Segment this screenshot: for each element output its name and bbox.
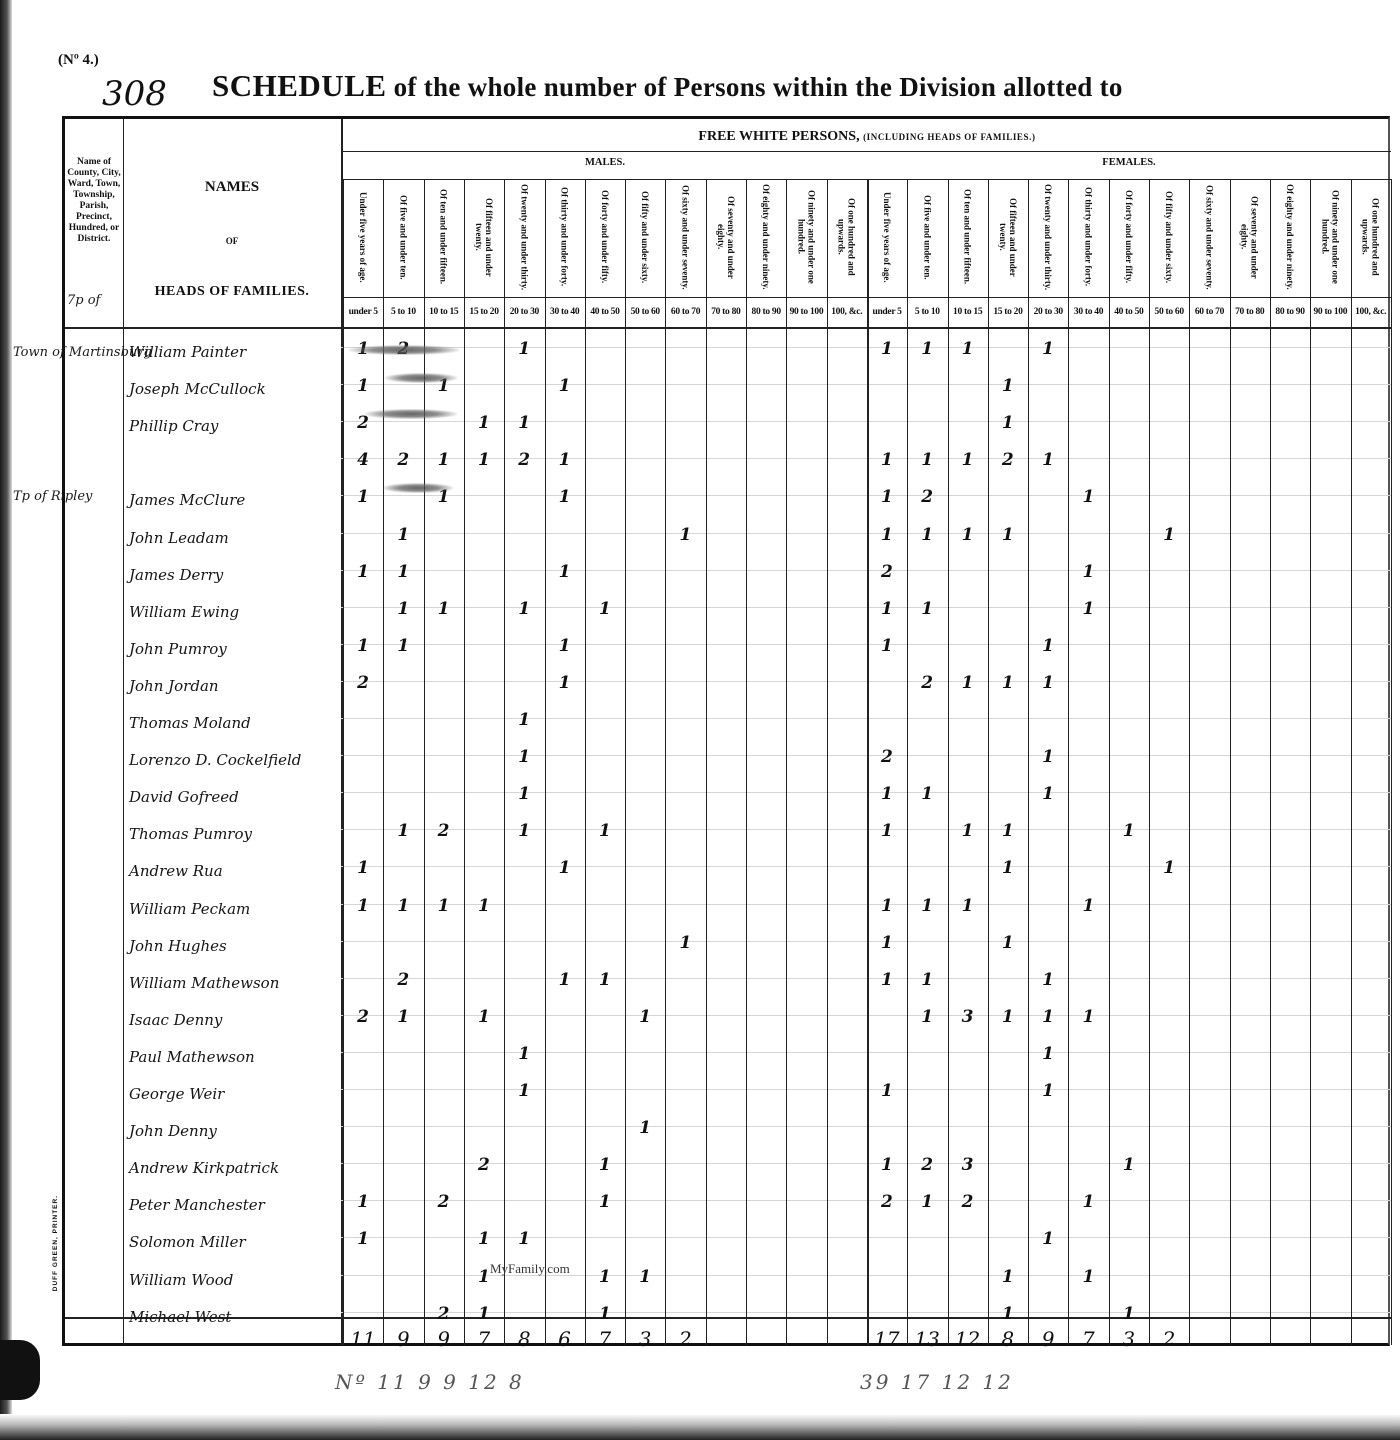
head-of-family-name: John Hughes [129, 937, 227, 955]
count-male-0: 1 [343, 1229, 383, 1249]
count-male-3: 1 [464, 1229, 504, 1249]
age-range-female-9: 70 to 80 [1230, 301, 1270, 323]
total-female-5: 7 [1068, 1327, 1108, 1351]
count-female-0: 1 [867, 339, 907, 359]
count-male-5: 1 [545, 858, 585, 878]
count-female-0: 1 [867, 970, 907, 990]
count-male-0: 4 [343, 450, 383, 470]
age-header-text: Of fifteen and under twenty. [474, 183, 494, 291]
total-female-7: 2 [1149, 1327, 1189, 1351]
head-of-family-name: William Ewing [129, 603, 239, 621]
count-male-8: 1 [665, 525, 705, 545]
count-female-3: 1 [988, 1304, 1028, 1324]
count-male-0: 1 [343, 858, 383, 878]
count-female-6: 1 [1109, 1304, 1149, 1324]
count-female-4: 1 [1028, 747, 1068, 767]
count-male-3: 1 [464, 1007, 504, 1027]
count-female-3: 2 [988, 450, 1028, 470]
age-header-text: Of fifty and under sixty. [1164, 191, 1174, 283]
count-female-1: 1 [907, 599, 947, 619]
age-range-female-5: 30 to 40 [1068, 301, 1108, 323]
group-subheader: (INCLUDING HEADS OF FAMILIES.) [863, 132, 1036, 142]
count-male-4: 1 [504, 599, 544, 619]
page-corner-shadow [0, 1340, 40, 1400]
count-female-0: 1 [867, 450, 907, 470]
count-female-5: 1 [1068, 1007, 1108, 1027]
age-header-text: Of twenty and under thirty. [519, 184, 529, 290]
count-male-1: 1 [383, 896, 423, 916]
males-header: MALES. [343, 157, 867, 168]
age-header-male-2: Of ten and under fifteen. [424, 181, 464, 293]
age-header-female-10: Of eighty and under ninety. [1270, 181, 1310, 293]
age-range-female-12: 100, &c. [1351, 301, 1391, 323]
age-range-female-3: 15 to 20 [988, 301, 1028, 323]
count-male-4: 1 [504, 1044, 544, 1064]
count-female-4: 1 [1028, 970, 1068, 990]
head-of-family-name: Solomon Miller [129, 1233, 246, 1251]
count-female-0: 1 [867, 599, 907, 619]
count-male-2: 2 [424, 821, 464, 841]
head-of-family-name: John Denny [129, 1122, 217, 1140]
count-male-5: 1 [545, 970, 585, 990]
count-male-5: 1 [545, 673, 585, 693]
count-male-2: 2 [424, 1304, 464, 1324]
count-male-1: 2 [383, 970, 423, 990]
head-of-family-name: William Wood [129, 1271, 233, 1289]
total-male-1: 9 [383, 1327, 423, 1351]
count-female-3: 1 [988, 933, 1028, 953]
faded-notes-right: 39 17 12 12 [860, 1370, 1014, 1394]
count-female-4: 1 [1028, 1007, 1068, 1027]
count-male-5: 1 [545, 450, 585, 470]
count-male-4: 1 [504, 821, 544, 841]
count-female-4: 1 [1028, 784, 1068, 804]
free-white-persons-header: FREE WHITE PERSONS, (INCLUDING HEADS OF … [343, 129, 1391, 145]
count-female-1: 2 [907, 1155, 947, 1175]
count-male-4: 1 [504, 1229, 544, 1249]
count-female-5: 1 [1068, 1267, 1108, 1287]
count-female-4: 1 [1028, 450, 1068, 470]
age-header-text: Of eighty and under ninety. [761, 184, 771, 290]
age-range-female-0: under 5 [867, 301, 907, 323]
count-male-7: 1 [625, 1007, 665, 1027]
total-male-6: 7 [585, 1327, 625, 1351]
age-header-text: Of ninety and under one hundred. [1320, 183, 1340, 291]
total-female-3: 8 [988, 1327, 1028, 1351]
age-header-female-12: Of one hundred and upwards. [1351, 181, 1391, 293]
total-female-2: 12 [948, 1327, 988, 1351]
divider-place [123, 119, 124, 1345]
age-header-text: Of fifteen and under twenty. [998, 183, 1018, 291]
schedule-title: SCHEDULE of the whole number of Persons … [212, 68, 1123, 104]
age-header-text: Of ninety and under one hundred. [796, 183, 816, 291]
count-male-7: 1 [625, 1267, 665, 1287]
watermark: MyFamily.com [490, 1261, 570, 1277]
count-female-0: 1 [867, 784, 907, 804]
count-male-0: 1 [343, 376, 383, 396]
age-range-female-11: 90 to 100 [1310, 301, 1350, 323]
age-header-text: Of one hundred and upwards. [837, 183, 857, 291]
age-header-female-5: Of thirty and under forty. [1068, 181, 1108, 293]
column-divider [625, 179, 626, 1345]
count-female-1: 1 [907, 450, 947, 470]
age-header-text: Of five and under ten. [398, 195, 408, 280]
count-female-0: 1 [867, 525, 907, 545]
column-divider [1068, 179, 1069, 1345]
age-header-text: Of ten and under fifteen. [439, 189, 449, 284]
head-of-family-name: Thomas Pumroy [129, 825, 252, 843]
age-header-male-3: Of fifteen and under twenty. [464, 181, 504, 293]
age-range-female-7: 50 to 60 [1149, 301, 1189, 323]
age-header-text: Of twenty and under thirty. [1043, 184, 1053, 290]
column-divider [1230, 179, 1231, 1345]
count-female-0: 1 [867, 1155, 907, 1175]
age-range-male-2: 10 to 15 [424, 301, 464, 323]
age-range-male-3: 15 to 20 [464, 301, 504, 323]
age-range-male-7: 50 to 60 [625, 301, 665, 323]
count-male-6: 1 [585, 970, 625, 990]
count-male-6: 1 [585, 1192, 625, 1212]
age-header-text: Of seventy and under eighty. [716, 183, 736, 291]
age-header-text: Of thirty and under forty. [1084, 187, 1094, 286]
ink-smudge [385, 373, 457, 383]
count-female-3: 1 [988, 673, 1028, 693]
count-female-0: 1 [867, 636, 907, 656]
head-of-family-name: Peter Manchester [129, 1196, 265, 1214]
age-header-male-4: Of twenty and under thirty. [504, 181, 544, 293]
count-female-2: 2 [948, 1192, 988, 1212]
age-range-male-4: 20 to 30 [504, 301, 544, 323]
total-male-2: 9 [424, 1327, 464, 1351]
group-header: FREE WHITE PERSONS, [698, 129, 859, 144]
age-range-female-4: 20 to 30 [1028, 301, 1068, 323]
head-of-family-name: Andrew Rua [129, 862, 223, 880]
count-male-0: 1 [343, 896, 383, 916]
age-header-text: Of forty and under fifty. [1124, 190, 1134, 283]
header-bottom-rule [65, 327, 1391, 329]
column-divider [1351, 179, 1352, 1345]
count-female-6: 1 [1109, 1155, 1149, 1175]
head-of-family-name: Phillip Cray [129, 417, 218, 435]
total-male-8: 2 [665, 1327, 705, 1351]
count-female-4: 1 [1028, 636, 1068, 656]
count-female-0: 2 [867, 747, 907, 767]
column-divider [665, 179, 666, 1345]
females-header: FEMALES. [867, 157, 1391, 168]
count-female-2: 1 [948, 450, 988, 470]
count-male-2: 1 [424, 599, 464, 619]
column-divider-end [1391, 179, 1392, 1345]
count-male-6: 1 [585, 1155, 625, 1175]
age-header-female-8: Of sixty and under seventy. [1189, 181, 1229, 293]
count-male-4: 1 [504, 784, 544, 804]
column-divider [786, 179, 787, 1345]
count-female-3: 1 [988, 1007, 1028, 1027]
count-male-2: 1 [424, 450, 464, 470]
total-female-4: 9 [1028, 1327, 1068, 1351]
total-female-1: 13 [907, 1327, 947, 1351]
count-male-4: 2 [504, 450, 544, 470]
count-female-6: 1 [1109, 821, 1149, 841]
count-male-1: 1 [383, 636, 423, 656]
age-header-male-9: Of seventy and under eighty. [706, 181, 746, 293]
age-header-text: Of sixty and under seventy. [681, 185, 691, 290]
form-number: (Nº 4.) [58, 52, 99, 69]
column-divider [988, 179, 989, 1345]
column-divider [706, 179, 707, 1345]
age-header-female-7: Of fifty and under sixty. [1149, 181, 1189, 293]
age-range-female-2: 10 to 15 [948, 301, 988, 323]
count-male-2: 1 [424, 896, 464, 916]
count-female-1: 1 [907, 525, 947, 545]
names-header-line1: NAMES [123, 179, 341, 196]
count-female-2: 3 [948, 1007, 988, 1027]
count-male-1: 2 [383, 450, 423, 470]
column-divider [545, 179, 546, 1345]
count-female-4: 1 [1028, 1081, 1068, 1101]
age-header-female-9: Of seventy and under eighty. [1230, 181, 1270, 293]
head-of-family-name: James McClure [129, 491, 245, 509]
count-female-1: 1 [907, 1007, 947, 1027]
age-header-text: Of one hundred and upwards. [1361, 183, 1381, 291]
count-male-4: 1 [504, 339, 544, 359]
count-female-3: 1 [988, 413, 1028, 433]
head-of-family-name: Thomas Moland [129, 714, 251, 732]
names-header-line3: HEADS OF FAMILIES. [123, 284, 341, 300]
count-female-0: 1 [867, 896, 907, 916]
age-range-male-10: 80 to 90 [746, 301, 786, 323]
age-header-male-10: Of eighty and under ninety. [746, 181, 786, 293]
column-divider [1270, 179, 1271, 1345]
place-annotation-ripley: Tp of Ripley [13, 489, 92, 504]
count-female-0: 2 [867, 562, 907, 582]
count-female-1: 1 [907, 896, 947, 916]
count-female-7: 1 [1149, 858, 1189, 878]
head-of-family-name: Andrew Kirkpatrick [129, 1159, 279, 1177]
age-header-female-4: Of twenty and under thirty. [1028, 181, 1068, 293]
age-header-text: Under five years of age. [358, 192, 368, 283]
column-divider [746, 179, 747, 1345]
age-range-male-1: 5 to 10 [383, 301, 423, 323]
count-male-6: 1 [585, 1304, 625, 1324]
count-male-6: 1 [585, 821, 625, 841]
count-male-3: 2 [464, 1155, 504, 1175]
age-header-female-11: Of ninety and under one hundred. [1310, 181, 1350, 293]
count-male-5: 1 [545, 562, 585, 582]
count-male-1: 1 [383, 525, 423, 545]
ink-smudge [383, 483, 453, 493]
age-header-female-6: Of forty and under fifty. [1109, 181, 1149, 293]
head-of-family-name: John Leadam [129, 529, 229, 547]
count-male-0: 1 [343, 487, 383, 507]
head-of-family-name: John Jordan [129, 677, 219, 695]
head-of-family-name: David Gofreed [129, 788, 239, 806]
age-header-text: Of ten and under fifteen. [963, 189, 973, 284]
count-male-7: 1 [625, 1118, 665, 1138]
count-female-1: 1 [907, 339, 947, 359]
count-male-3: 1 [464, 413, 504, 433]
head-of-family-name: James Derry [129, 566, 223, 584]
title-rest: of the whole number of Persons within th… [394, 72, 1123, 102]
count-female-2: 1 [948, 896, 988, 916]
count-female-0: 2 [867, 1192, 907, 1212]
count-female-0: 1 [867, 1081, 907, 1101]
age-header-male-0: Under five years of age. [343, 181, 383, 293]
age-header-male-7: Of fifty and under sixty. [625, 181, 665, 293]
age-range-male-6: 40 to 50 [585, 301, 625, 323]
count-female-5: 1 [1068, 1192, 1108, 1212]
age-header-male-1: Of five and under ten. [383, 181, 423, 293]
count-female-2: 1 [948, 673, 988, 693]
count-male-5: 1 [545, 636, 585, 656]
count-male-2: 2 [424, 1192, 464, 1212]
count-male-1: 1 [383, 599, 423, 619]
age-range-male-11: 90 to 100 [786, 301, 826, 323]
column-divider [827, 179, 828, 1345]
count-female-7: 1 [1149, 525, 1189, 545]
count-female-5: 1 [1068, 896, 1108, 916]
head-of-family-name: John Pumroy [129, 640, 227, 658]
age-header-female-2: Of ten and under fifteen. [948, 181, 988, 293]
count-female-1: 2 [907, 673, 947, 693]
column-divider [1310, 179, 1311, 1345]
place-column-header: Name of County, City, Ward, Town, Townsh… [65, 157, 123, 245]
page-binding-edge [0, 0, 12, 1440]
count-male-0: 2 [343, 673, 383, 693]
age-header-text: Of fifty and under sixty. [640, 191, 650, 283]
count-female-3: 1 [988, 1267, 1028, 1287]
head-of-family-name: William Painter [129, 343, 246, 361]
total-male-3: 7 [464, 1327, 504, 1351]
count-female-0: 1 [867, 487, 907, 507]
count-female-5: 1 [1068, 599, 1108, 619]
total-male-7: 3 [625, 1327, 665, 1351]
count-female-3: 1 [988, 376, 1028, 396]
count-male-4: 1 [504, 413, 544, 433]
total-male-0: 11 [343, 1327, 383, 1351]
count-male-0: 1 [343, 1192, 383, 1212]
age-header-female-1: Of five and under ten. [907, 181, 947, 293]
head-of-family-name: Isaac Denny [129, 1011, 222, 1029]
printer-imprint: DUFF GREEN, PRINTER. [52, 1195, 59, 1291]
age-header-male-5: Of thirty and under forty. [545, 181, 585, 293]
age-range-male-8: 60 to 70 [665, 301, 705, 323]
title-lead: SCHEDULE [212, 68, 387, 103]
age-header-text: Of seventy and under eighty. [1240, 183, 1260, 291]
count-female-2: 1 [948, 821, 988, 841]
total-male-4: 8 [504, 1327, 544, 1351]
count-male-1: 1 [383, 562, 423, 582]
count-male-5: 1 [545, 376, 585, 396]
age-header-text: Of forty and under fifty. [600, 190, 610, 283]
count-male-4: 1 [504, 1081, 544, 1101]
head-of-family-name: George Weir [129, 1085, 224, 1103]
age-header-text: Of five and under ten. [922, 195, 932, 280]
total-female-6: 3 [1109, 1327, 1149, 1351]
count-female-2: 3 [948, 1155, 988, 1175]
count-female-0: 1 [867, 933, 907, 953]
age-range-female-1: 5 to 10 [907, 301, 947, 323]
age-range-female-8: 60 to 70 [1189, 301, 1229, 323]
age-header-text: Of sixty and under seventy. [1204, 185, 1214, 290]
count-male-5: 1 [545, 487, 585, 507]
faded-notes-left: Nº 11 9 9 12 8 [335, 1370, 525, 1394]
age-header-text: Of thirty and under forty. [560, 187, 570, 286]
count-male-1: 1 [383, 1007, 423, 1027]
count-female-4: 1 [1028, 1229, 1068, 1249]
head-of-family-name: Michael West [129, 1308, 231, 1326]
count-male-8: 1 [665, 933, 705, 953]
count-female-2: 1 [948, 339, 988, 359]
count-female-1: 1 [907, 970, 947, 990]
column-divider [1189, 179, 1190, 1345]
head-of-family-name: William Mathewson [129, 974, 279, 992]
names-column-header: NAMES OF HEADS OF FAMILIES. [123, 179, 341, 300]
column-divider [1149, 179, 1150, 1345]
age-header-male-8: Of sixty and under seventy. [665, 181, 705, 293]
count-female-4: 1 [1028, 1044, 1068, 1064]
count-female-5: 1 [1068, 487, 1108, 507]
head-of-family-name: William Peckam [129, 900, 250, 918]
age-range-female-6: 40 to 50 [1109, 301, 1149, 323]
head-of-family-name: Lorenzo D. Cockelfield [129, 751, 301, 769]
place-annotation-header: 7p of [67, 293, 100, 308]
count-female-3: 1 [988, 525, 1028, 545]
count-male-3: 1 [464, 1304, 504, 1324]
head-of-family-name: Joseph McCullock [129, 380, 266, 398]
total-female-0: 17 [867, 1327, 907, 1351]
count-male-6: 1 [585, 599, 625, 619]
age-range-male-0: under 5 [343, 301, 383, 323]
totals-rule [65, 1317, 1391, 1319]
count-male-0: 1 [343, 562, 383, 582]
age-range-male-5: 30 to 40 [545, 301, 585, 323]
age-header-male-11: Of ninety and under one hundred. [786, 181, 826, 293]
names-header-line2: OF [123, 236, 341, 246]
count-female-5: 1 [1068, 562, 1108, 582]
header-rule [343, 151, 1391, 152]
count-female-1: 1 [907, 1192, 947, 1212]
count-male-4: 1 [504, 747, 544, 767]
count-male-0: 1 [343, 636, 383, 656]
handwritten-page-number: 308 [102, 74, 167, 114]
ink-smudge [349, 345, 459, 355]
age-range-male-9: 70 to 80 [706, 301, 746, 323]
age-range-male-12: 100, &c. [827, 301, 867, 323]
page-bottom-edge [0, 1414, 1400, 1440]
count-female-1: 2 [907, 487, 947, 507]
age-header-male-6: Of forty and under fifty. [585, 181, 625, 293]
total-male-5: 6 [545, 1327, 585, 1351]
count-male-4: 1 [504, 710, 544, 730]
count-female-4: 1 [1028, 673, 1068, 693]
census-schedule-table: Name of County, City, Ward, Town, Townsh… [62, 116, 1390, 1346]
ink-smudge [365, 409, 457, 419]
age-header-female-3: Of fifteen and under twenty. [988, 181, 1028, 293]
age-range-female-10: 80 to 90 [1270, 301, 1310, 323]
count-female-4: 1 [1028, 339, 1068, 359]
count-male-3: 1 [464, 896, 504, 916]
count-male-1: 1 [383, 821, 423, 841]
age-header-text: Of eighty and under ninety. [1285, 184, 1295, 290]
count-male-0: 2 [343, 1007, 383, 1027]
count-male-3: 1 [464, 450, 504, 470]
age-header-female-0: Under five years of age. [867, 181, 907, 293]
age-header-male-12: Of one hundred and upwards. [827, 181, 867, 293]
count-female-3: 1 [988, 858, 1028, 878]
count-female-2: 1 [948, 525, 988, 545]
count-female-1: 1 [907, 784, 947, 804]
